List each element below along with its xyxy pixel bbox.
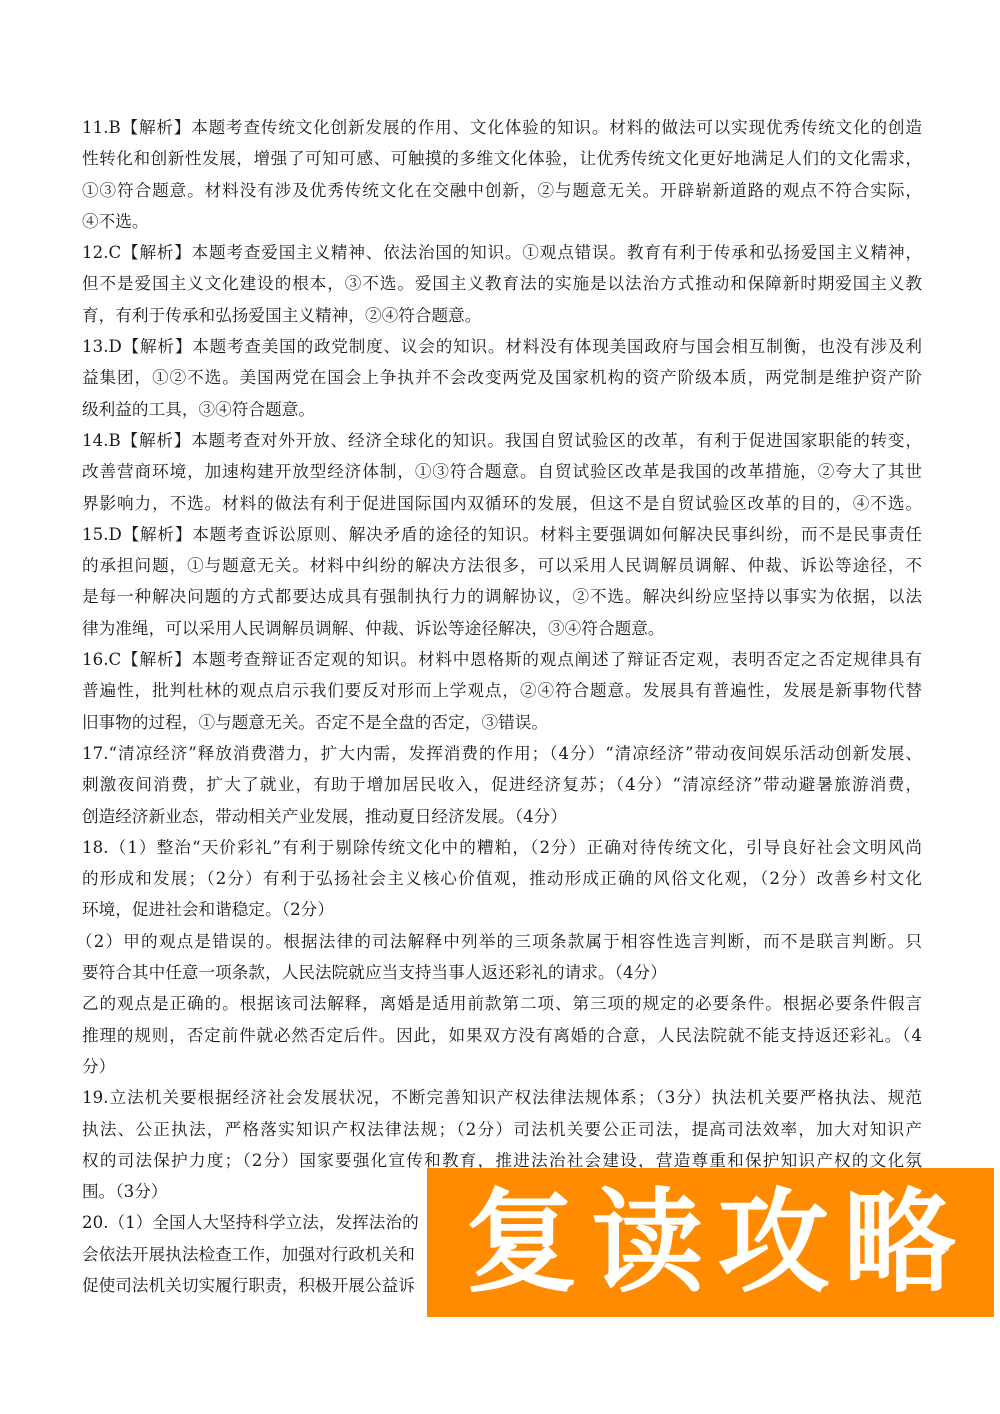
text-line: 级利益的工具，③④符合题意。 xyxy=(82,394,922,425)
text-line: 乙的观点是正确的。根据该司法解释，离婚是适用前款第二项、第三项的规定的必要条件。… xyxy=(82,988,922,1019)
text-line: 12.C【解析】本题考查爱国主义精神、依法治国的知识。①观点错误。教育有利于传承… xyxy=(82,237,922,268)
answer-key-content: 11.B【解析】本题考查传统文化创新发展的作用、文化体验的知识。材料的做法可以实… xyxy=(82,112,922,1301)
text-line: 执法、公正执法，严格落实知识产权法律法规；（2分）司法机关要公正司法，提高司法效… xyxy=(82,1114,922,1145)
watermark-text: 复读攻略 xyxy=(466,1187,970,1299)
document-page: 11.B【解析】本题考查传统文化创新发展的作用、文化体验的知识。材料的做法可以实… xyxy=(0,0,1000,1414)
text-line: 改善营商环境，加速构建开放型经济体制，①③符合题意。自贸试验区改革是我国的改革措… xyxy=(82,456,922,487)
answer-paragraph-q17: 17.“清凉经济”释放消费潜力，扩大内需，发挥消费的作用；（4分）“清凉经济”带… xyxy=(82,738,922,832)
text-line: 的承担问题，①与题意无关。材料中纠纷的解决方法很多，可以采用人民调解员调解、仲裁… xyxy=(82,550,922,581)
answer-paragraph-q12: 12.C【解析】本题考查爱国主义精神、依法治国的知识。①观点错误。教育有利于传承… xyxy=(82,237,922,331)
answer-paragraph-q18-part2: （2）甲的观点是错误的。根据法律的司法解释中列举的三项条款属于相容性选言判断，而… xyxy=(82,926,922,989)
text-line: 律为准绳，可以采用人民调解员调解、仲裁、诉讼等途径解决，③④符合题意。 xyxy=(82,613,922,644)
text-line: （2）甲的观点是错误的。根据法律的司法解释中列举的三项条款属于相容性选言判断，而… xyxy=(76,926,922,957)
text-line: 环境，促进社会和谐稳定。（2分） xyxy=(82,894,922,925)
answer-paragraph-q18-part1: 18.（1）整治“天价彩礼”有利于剔除传统文化中的糟粕，（2分）正确对待传统文化… xyxy=(82,832,922,926)
text-line: 益集团，①②不选。美国两党在国会上争执并不会改变两党及国家机构的资产阶级本质，两… xyxy=(82,362,922,393)
text-line: 的形成和发展；（2分）有利于弘扬社会主义核心价值观，推动形成正确的风俗文化观，（… xyxy=(82,863,922,894)
text-line: 旧事物的过程，①与题意无关。否定不是全盘的否定，③错误。 xyxy=(82,707,922,738)
watermark-banner: 复读攻略 xyxy=(427,1168,994,1317)
text-line: 但不是爱国主义文化建设的根本，③不选。爱国主义教育法的实施是以法治方式推动和保障… xyxy=(82,268,922,299)
text-line: 普遍性，批判杜林的观点启示我们要反对形而上学观点，②④符合题意。发展具有普遍性，… xyxy=(82,675,922,706)
text-line: 17.“清凉经济”释放消费潜力，扩大内需，发挥消费的作用；（4分）“清凉经济”带… xyxy=(82,738,922,769)
text-line: ①③符合题意。材料没有涉及优秀传统文化在交融中创新，②与题意无关。开辟崭新道路的… xyxy=(82,175,922,206)
text-line: 推理的规则，否定前件就必然否定后件。因此，如果双方没有离婚的合意，人民法院就不能… xyxy=(82,1020,922,1051)
text-line: 18.（1）整治“天价彩礼”有利于剔除传统文化中的糟粕，（2分）正确对待传统文化… xyxy=(82,832,922,863)
text-line: 分） xyxy=(82,1051,922,1082)
text-line: 育，有利于传承和弘扬爱国主义精神，②④符合题意。 xyxy=(82,300,922,331)
answer-paragraph-q13: 13.D【解析】本题考查美国的政党制度、议会的知识。材料没有体现美国政府与国会相… xyxy=(82,331,922,425)
text-line: 15.D【解析】本题考查诉讼原则、解决矛盾的途径的知识。材料主要强调如何解决民事… xyxy=(82,519,922,550)
answer-paragraph-q16: 16.C【解析】本题考查辩证否定观的知识。材料中恩格斯的观点阐述了辩证否定观，表… xyxy=(82,644,922,738)
text-line: 13.D【解析】本题考查美国的政党制度、议会的知识。材料没有体现美国政府与国会相… xyxy=(82,331,922,362)
text-line: 11.B【解析】本题考查传统文化创新发展的作用、文化体验的知识。材料的做法可以实… xyxy=(82,112,922,143)
answer-paragraph-q15: 15.D【解析】本题考查诉讼原则、解决矛盾的途径的知识。材料主要强调如何解决民事… xyxy=(82,519,922,644)
text-line: ④不选。 xyxy=(82,206,922,237)
text-line: 14.B【解析】本题考查对外开放、经济全球化的知识。我国自贸试验区的改革，有利于… xyxy=(82,425,922,456)
text-line: 16.C【解析】本题考查辩证否定观的知识。材料中恩格斯的观点阐述了辩证否定观，表… xyxy=(82,644,922,675)
text-line: 刺激夜间消费，扩大了就业，有助于增加居民收入，促进经济复苏；（4分）“清凉经济”… xyxy=(82,769,922,800)
text-line: 性转化和创新性发展，增强了可知可感、可触摸的多维文化体验，让优秀传统文化更好地满… xyxy=(82,143,922,174)
text-line: 是每一种解决问题的方式都要达成具有强制执行力的调解协议，②不选。解决纠纷应坚持以… xyxy=(82,581,922,612)
answer-paragraph-q11: 11.B【解析】本题考查传统文化创新发展的作用、文化体验的知识。材料的做法可以实… xyxy=(82,112,922,237)
text-line: 要符合其中任意一项条款，人民法院就应当支持当事人返还彩礼的请求。（4分） xyxy=(82,957,922,988)
answer-paragraph-q14: 14.B【解析】本题考查对外开放、经济全球化的知识。我国自贸试验区的改革，有利于… xyxy=(82,425,922,519)
text-line: 界影响力，不选。材料的做法有利于促进国际国内双循环的发展，但这不是自贸试验区改革… xyxy=(82,488,922,519)
text-line: 创造经济新业态，带动相关产业发展，推动夏日经济发展。（4分） xyxy=(82,801,922,832)
answer-paragraph-q18-part2-continued: 乙的观点是正确的。根据该司法解释，离婚是适用前款第二项、第三项的规定的必要条件。… xyxy=(82,988,922,1082)
text-line: 19.立法机关要根据经济社会发展状况，不断完善知识产权法律法规体系；（3分）执法… xyxy=(82,1082,922,1113)
